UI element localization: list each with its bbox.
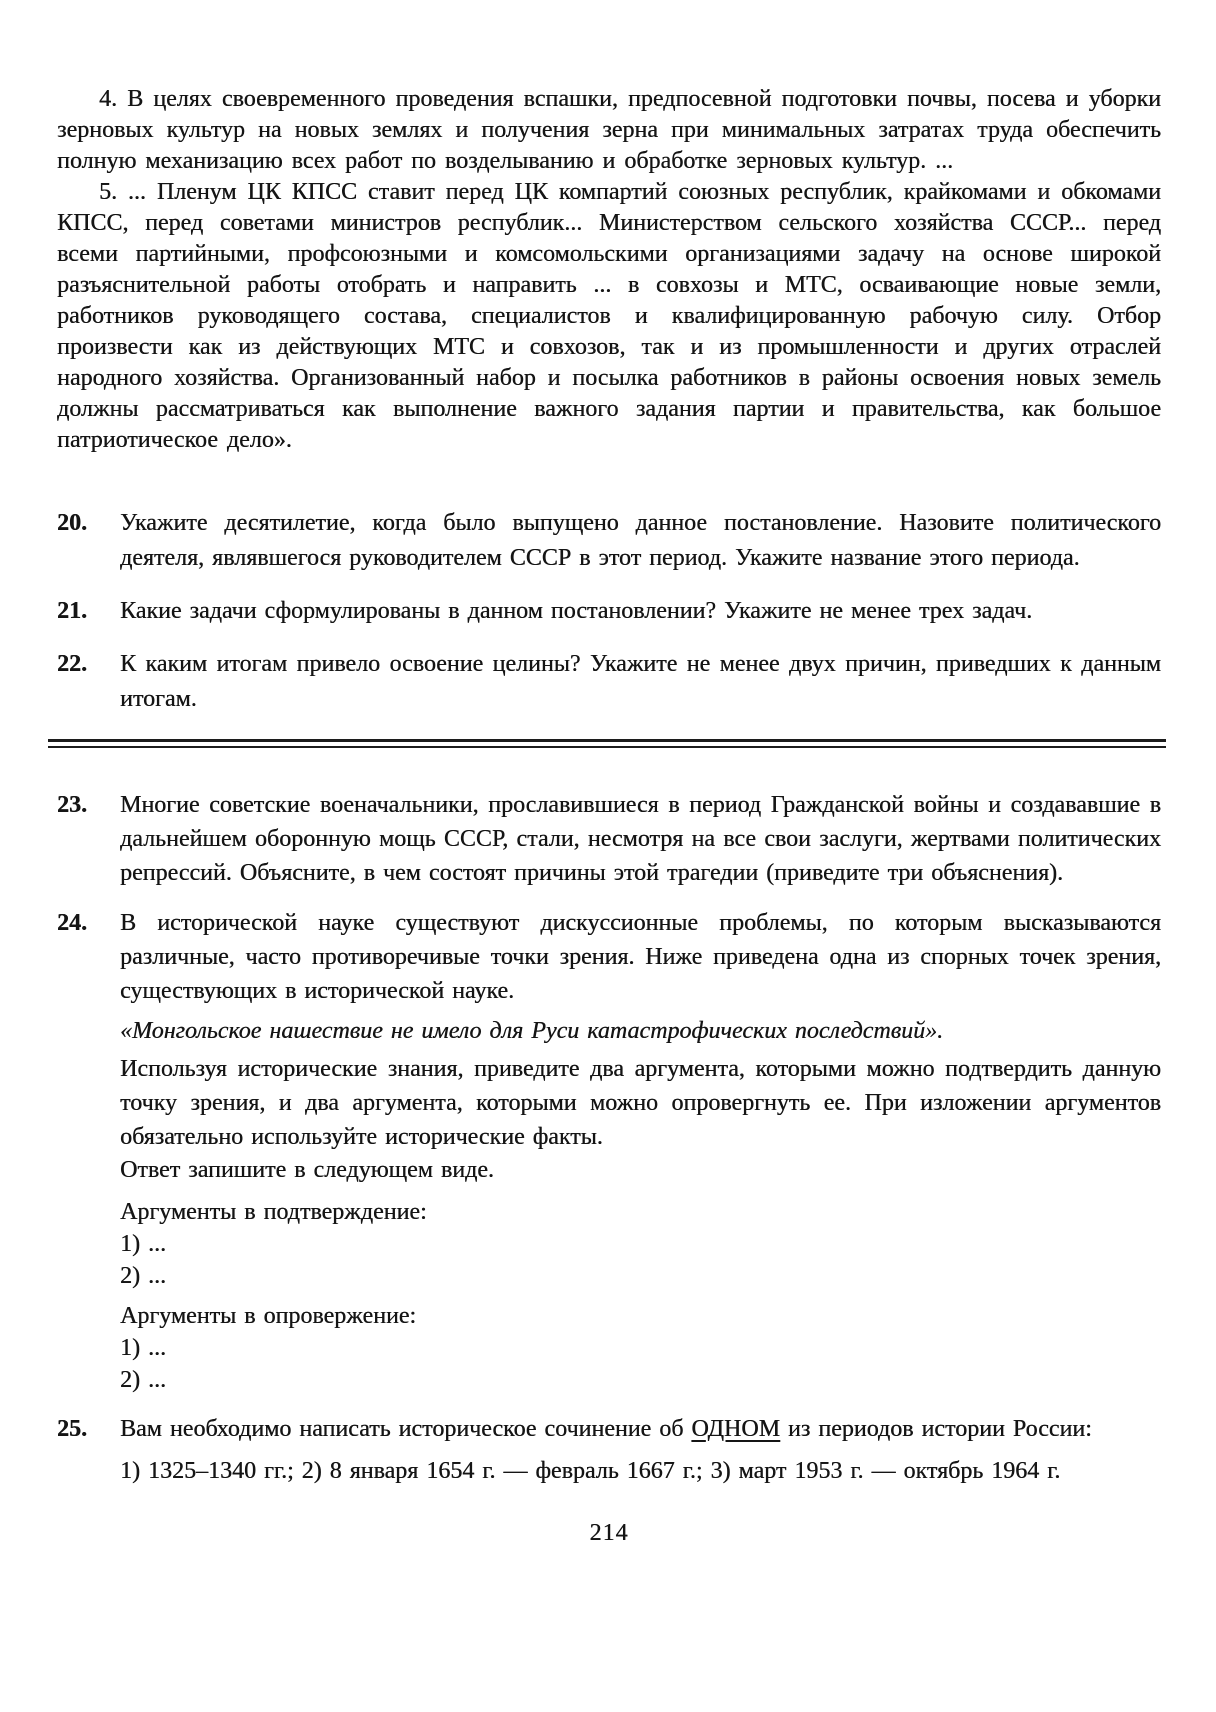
answer-format-note: Ответ запишите в следующем виде. — [120, 1154, 1161, 1186]
question-25: 25. Вам необходимо написать историческое… — [57, 1412, 1161, 1488]
question-text: К каким итогам привело освоение целины? … — [120, 647, 1161, 717]
question-text: Вам необходимо написать историческое соч… — [120, 1412, 1161, 1446]
text-before-underline: Вам необходимо написать историческое соч… — [120, 1416, 691, 1442]
arguments-pro-label: Аргументы в подтверждение: — [120, 1196, 1161, 1228]
source-paragraph-4: 4. В целях своевременного проведения всп… — [57, 84, 1161, 177]
document-page: 4. В целях своевременного проведения всп… — [0, 0, 1216, 1712]
questions-block-2: 23. Многие советские военачальники, прос… — [57, 788, 1161, 1488]
question-number: 25. — [57, 1412, 120, 1488]
question-text: Какие задачи сформулированы в данном пос… — [120, 594, 1161, 629]
disputed-viewpoint-quote: «Монгольское нашествие не имело для Руси… — [120, 1014, 1161, 1048]
question-text: Укажите десятилетие, когда было выпущено… — [120, 506, 1161, 576]
question-22: 22. К каким итогам привело освоение цели… — [57, 647, 1161, 717]
question-text: Многие советские военачальники, прослави… — [120, 788, 1161, 890]
period-options: 1) 1325–1340 гг.; 2) 8 января 1654 г. — … — [120, 1454, 1161, 1488]
question-21: 21. Какие задачи сформулированы в данном… — [57, 594, 1161, 629]
arguments-con-label: Аргументы в опровержение: — [120, 1300, 1161, 1332]
underlined-word: ОДНОМ — [691, 1416, 780, 1442]
question-task: Используя исторические знания, приведите… — [120, 1052, 1161, 1154]
question-number: 20. — [57, 506, 120, 576]
question-intro: В исторической науке существуют дискусси… — [120, 906, 1161, 1008]
argument-placeholder: 2) ... — [120, 1364, 1161, 1396]
question-20: 20. Укажите десятилетие, когда было выпу… — [57, 506, 1161, 576]
source-paragraph-5: 5. ... Пленум ЦК КПСС ставит перед ЦК ко… — [57, 177, 1161, 456]
argument-placeholder: 1) ... — [120, 1332, 1161, 1364]
argument-placeholder: 1) ... — [120, 1228, 1161, 1260]
question-23: 23. Многие советские военачальники, прос… — [57, 788, 1161, 890]
question-number: 23. — [57, 788, 120, 890]
section-divider — [48, 739, 1166, 748]
question-body: В исторической науке существуют дискусси… — [120, 906, 1161, 1396]
question-number: 22. — [57, 647, 120, 717]
questions-block-1: 20. Укажите десятилетие, когда было выпу… — [57, 506, 1161, 717]
argument-placeholder: 2) ... — [120, 1260, 1161, 1292]
text-after-underline: из периодов истории России: — [780, 1416, 1092, 1442]
question-body: Вам необходимо написать историческое соч… — [120, 1412, 1161, 1488]
source-extract: 4. В целях своевременного проведения всп… — [57, 84, 1161, 456]
page-number: 214 — [57, 1520, 1161, 1547]
question-number: 24. — [57, 906, 120, 1396]
question-number: 21. — [57, 594, 120, 629]
question-24: 24. В исторической науке существуют диск… — [57, 906, 1161, 1396]
